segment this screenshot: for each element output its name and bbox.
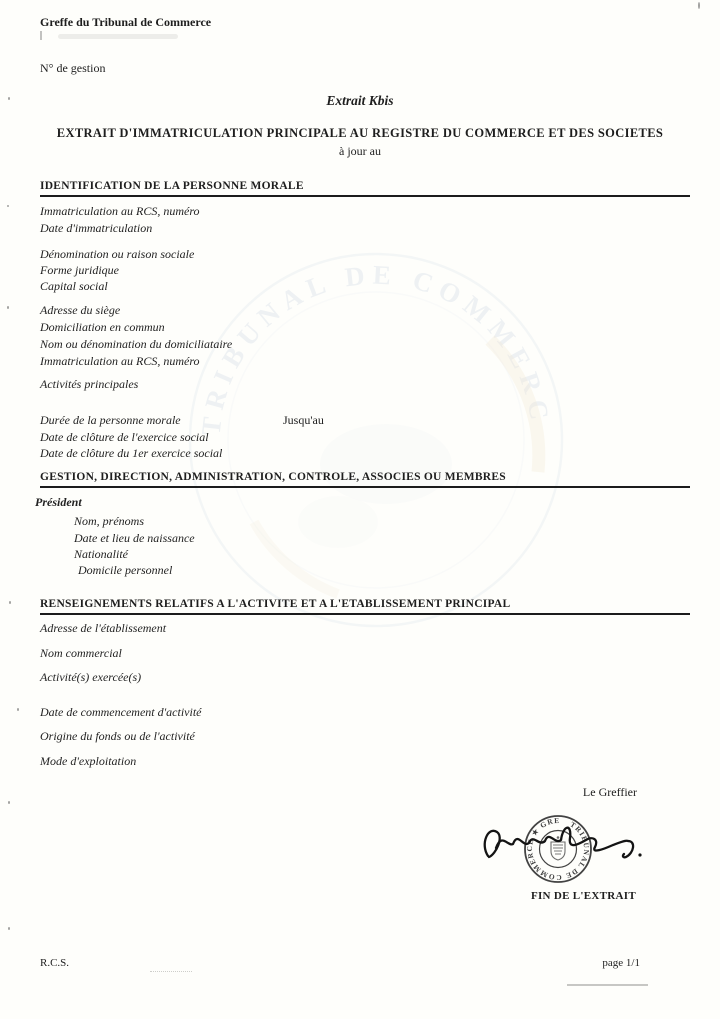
section-title-identification: IDENTIFICATION DE LA PERSONNE MORALE — [40, 180, 690, 197]
scan-artifact-tick — [40, 31, 42, 40]
document-subtitle: EXTRAIT D'IMMATRICULATION PRINCIPALE AU … — [0, 126, 720, 141]
field-domiciliary-rcs-number: Immatriculation au RCS, numéro — [40, 354, 200, 369]
scan-artifact-smudge — [58, 34, 178, 39]
role-president: Président — [35, 495, 82, 510]
field-shared-domiciliation: Domiciliation en commun — [40, 320, 165, 335]
svg-text:TRIBUNAL DE COMMERCE ★ GRENOBL: TRIBUNAL DE COMMERCE ★ GRENOBLE ★ — [476, 800, 591, 882]
scan-speck — [7, 306, 9, 309]
signatory-label: Le Greffier — [583, 785, 637, 799]
field-president-nationality: Nationalité — [74, 547, 128, 562]
field-main-activities: Activités principales — [40, 377, 138, 392]
field-president-birth: Date et lieu de naissance — [74, 531, 195, 546]
field-president-name: Nom, prénoms — [74, 514, 144, 529]
field-trade-name: Nom commercial — [40, 646, 122, 661]
kbis-document-page: TRIBUNAL DE COMMERCE Greffe du Tribunal … — [0, 0, 720, 1019]
footer-scan-line — [567, 984, 648, 986]
court-stamp-watermark: TRIBUNAL DE COMMERCE — [158, 222, 594, 658]
management-number-label: N° de gestion — [40, 61, 105, 75]
field-head-office-address: Adresse du siège — [40, 303, 120, 318]
scan-speck — [8, 97, 10, 100]
footer-page-number: page 1/1 — [602, 957, 640, 970]
field-duration: Durée de la personne morale — [40, 413, 181, 428]
field-company-name: Dénomination ou raison sociale — [40, 247, 194, 262]
field-activities-exercised: Activité(s) exercée(s) — [40, 670, 141, 685]
watermark-arc-text: TRIBUNAL DE COMMERCE — [158, 222, 556, 437]
document-title: Extrait Kbis — [0, 93, 720, 108]
field-establishment-address: Adresse de l'établissement — [40, 621, 166, 636]
scan-speck — [8, 801, 10, 804]
scan-speck — [17, 708, 19, 711]
field-rcs-number: Immatriculation au RCS, numéro — [40, 204, 200, 219]
scan-speck — [698, 2, 700, 9]
field-share-capital: Capital social — [40, 279, 108, 294]
section-title-establishment: RENSEIGNEMENTS RELATIFS A L'ACTIVITE ET … — [40, 598, 690, 615]
end-of-extract-label: FIN DE L'EXTRAIT — [531, 890, 636, 903]
issuer-title: Greffe du Tribunal de Commerce — [40, 15, 211, 29]
section-title-management: GESTION, DIRECTION, ADMINISTRATION, CONT… — [40, 471, 690, 488]
round-seal-stamp: TRIBUNAL DE COMMERCE ★ GRENOBLE ★ — [476, 800, 591, 882]
as-of-label: à jour au — [0, 144, 720, 158]
scan-smudge-footer — [150, 971, 192, 972]
until-label: Jusqu'au — [283, 413, 324, 427]
field-registration-date: Date d'immatriculation — [40, 221, 152, 236]
seal-ring-text: TRIBUNAL DE COMMERCE ★ GRENOBLE ★ — [476, 800, 591, 882]
svg-text:TRIBUNAL DE COMMERCE: TRIBUNAL DE COMMERCE — [158, 222, 556, 437]
court-seal-and-signature: TRIBUNAL DE COMMERCE ★ GRENOBLE ★ — [476, 800, 652, 900]
field-first-fiscal-year-end: Date de clôture du 1er exercice social — [40, 446, 222, 461]
field-business-origin: Origine du fonds ou de l'activité — [40, 729, 195, 744]
footer-rcs-label: R.C.S. — [40, 957, 69, 970]
scan-speck — [9, 601, 11, 604]
scan-speck — [7, 205, 9, 207]
field-legal-form: Forme juridique — [40, 263, 119, 278]
scan-speck — [8, 927, 10, 930]
field-activity-start-date: Date de commencement d'activité — [40, 705, 202, 720]
field-domiciliary-name: Nom ou dénomination du domiciliataire — [40, 337, 232, 352]
field-fiscal-year-end: Date de clôture de l'exercice social — [40, 430, 209, 445]
field-operation-mode: Mode d'exploitation — [40, 754, 136, 769]
field-president-home-address: Domicile personnel — [78, 563, 172, 578]
